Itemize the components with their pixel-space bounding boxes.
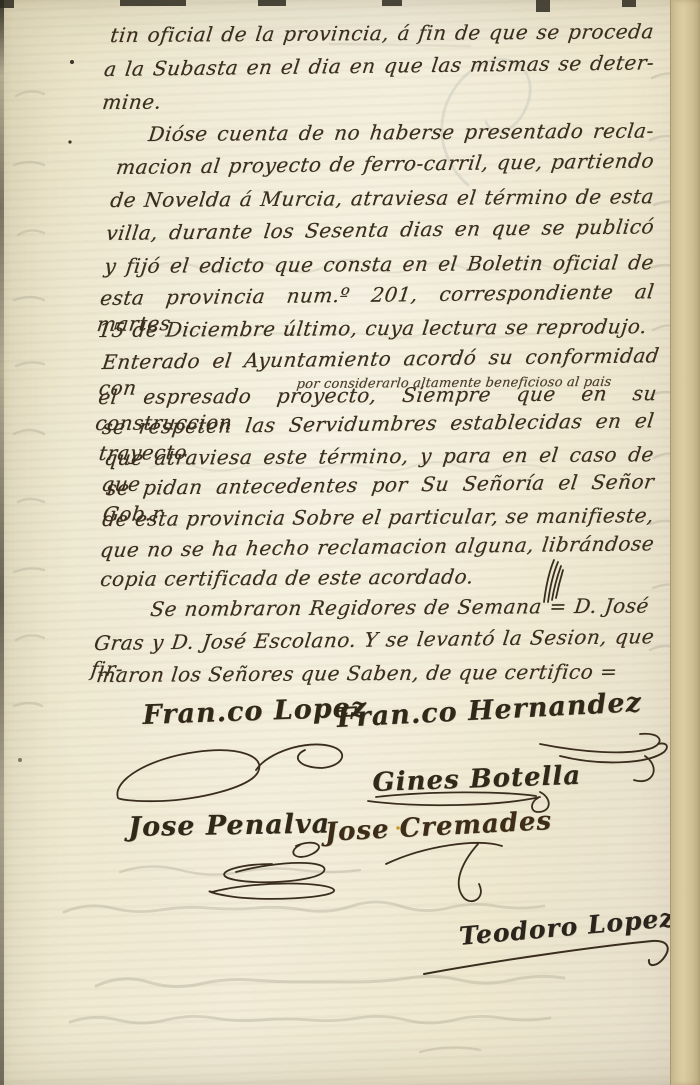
quill-feather-mark	[544, 560, 563, 602]
binding-shadow-left	[0, 0, 4, 1085]
signature-councillor: Jose Penalva	[128, 808, 330, 843]
page-edge-right	[670, 0, 700, 1085]
manuscript-page: tin oficial de la provincia, á fin de qu…	[0, 0, 700, 1085]
